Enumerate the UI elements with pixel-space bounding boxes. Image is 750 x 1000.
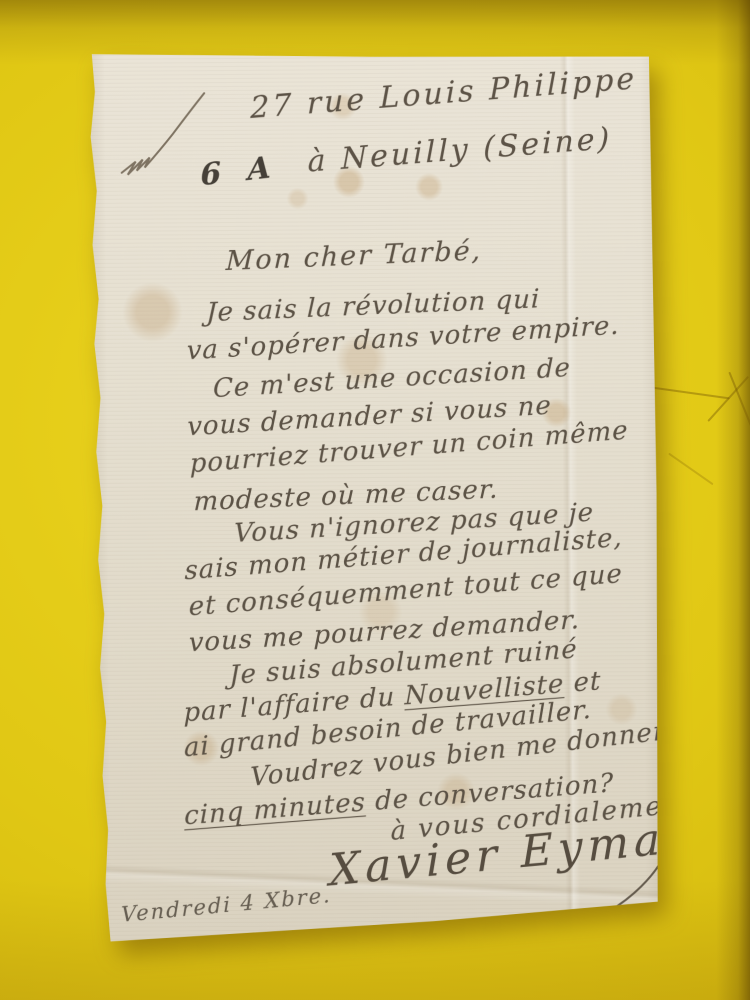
letter-paper-wrap: 27 rue Louis Philippe à Neuilly (Seine) …	[85, 43, 663, 947]
letter-paper: 27 rue Louis Philippe à Neuilly (Seine) …	[85, 43, 663, 947]
salutation: Mon cher Tarbé,	[225, 235, 482, 277]
signature-flourish	[545, 851, 676, 932]
address-line-2: à Neuilly (Seine)	[308, 121, 613, 180]
photo-stage: 27 rue Louis Philippe à Neuilly (Seine) …	[0, 0, 750, 1000]
underlined-text: cinq minutes	[184, 787, 366, 831]
address-line-1: 27 rue Louis Philippe	[250, 61, 637, 126]
archive-mark: 6 A	[200, 149, 280, 193]
line-text: et	[564, 666, 601, 699]
date-note: Vendredi 4 Xbre.	[121, 883, 332, 927]
pencil-scribble-mark	[115, 68, 208, 181]
